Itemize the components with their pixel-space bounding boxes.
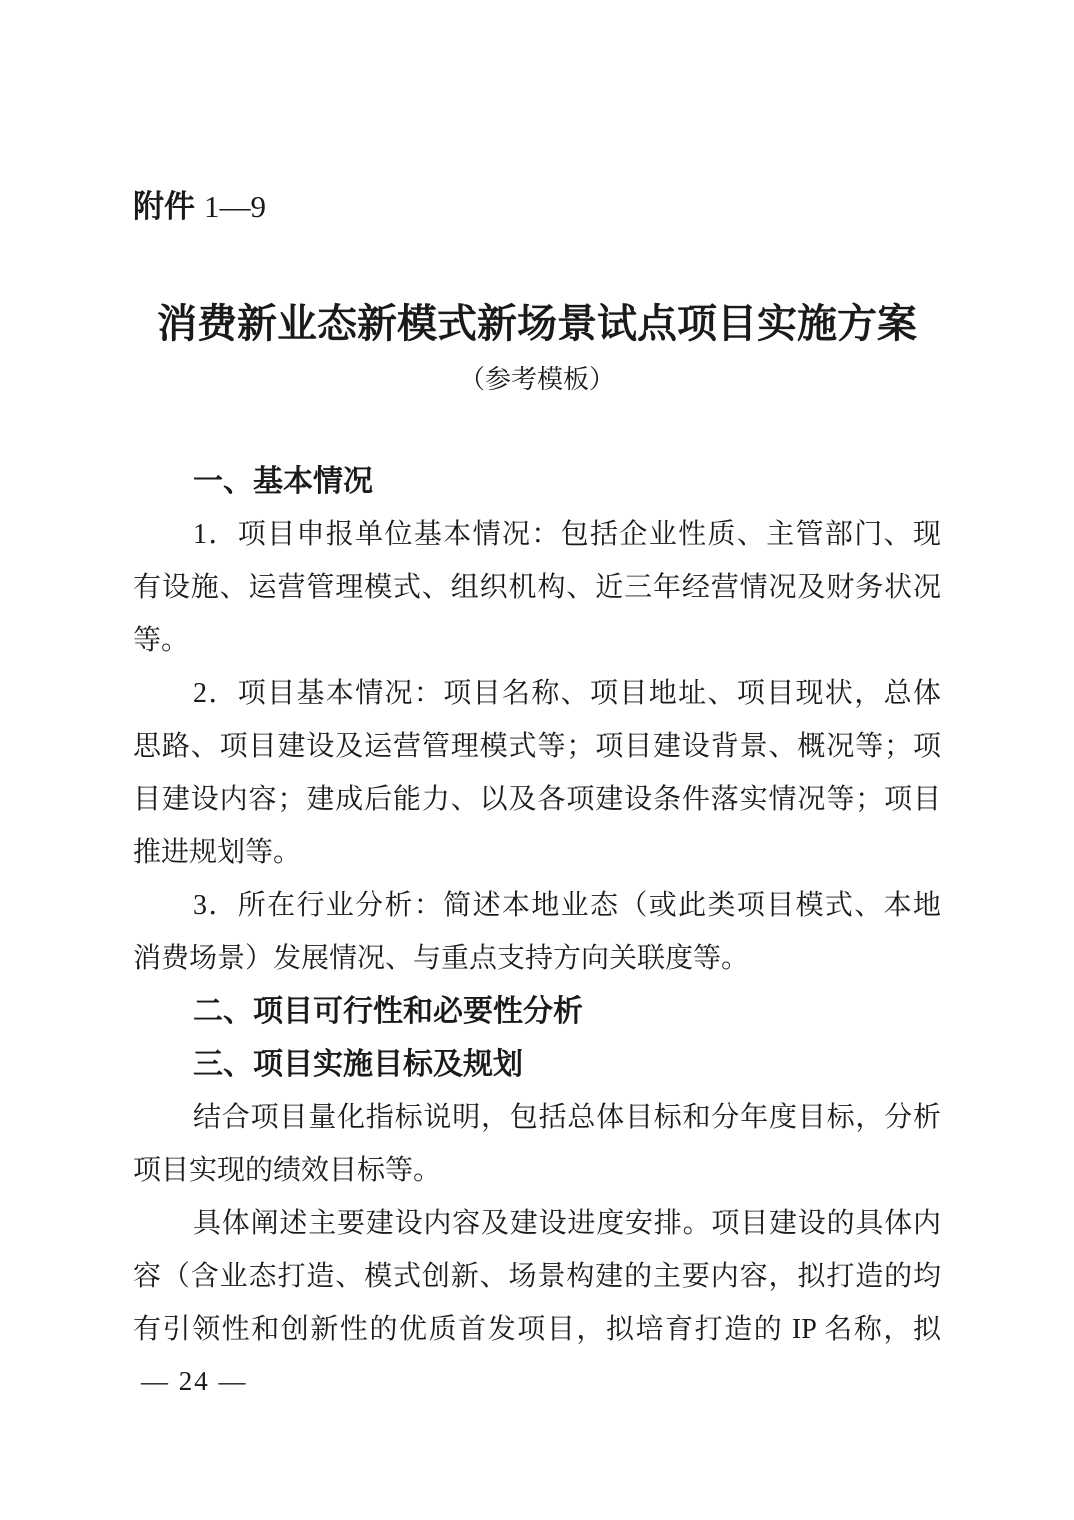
- paragraph-1-line-1: 1．项目申报单位基本情况：包括企业性质、主管部门、现: [133, 508, 941, 561]
- section-heading-2: 二、项目可行性和必要性分析: [133, 985, 941, 1038]
- paragraph-2-line-2: 思路、项目建设及运营管理模式等；项目建设背景、概况等；项: [133, 720, 941, 773]
- attachment-prefix: 附件: [133, 189, 195, 224]
- paragraph-1-line-2: 有设施、运营管理模式、组织机构、近三年经营情况及财务状况: [133, 561, 941, 614]
- paragraph-4-line-1: 结合项目量化指标说明，包括总体目标和分年度目标，分析: [133, 1091, 941, 1144]
- document-subtitle: （参考模板）: [133, 361, 941, 399]
- attachment-number: 1—9: [204, 189, 266, 224]
- paragraph-2-line-3: 目建设内容；建成后能力、以及各项建设条件落实情况等；项目: [133, 773, 941, 826]
- attachment-label: 附件1—9: [133, 188, 266, 226]
- paragraph-4-line-2: 项目实现的绩效目标等。: [133, 1144, 941, 1197]
- paragraph-2-line-4: 推进规划等。: [133, 826, 941, 879]
- page-number: — 24 —: [141, 1363, 248, 1399]
- document-body: 一、基本情况 1．项目申报单位基本情况：包括企业性质、主管部门、现 有设施、运营…: [133, 455, 941, 1356]
- paragraph-3-line-2: 消费场景）发展情况、与重点支持方向关联度等。: [133, 932, 941, 985]
- paragraph-1-line-3: 等。: [133, 614, 941, 667]
- paragraph-2-line-1: 2．项目基本情况：项目名称、项目地址、项目现状，总体: [133, 667, 941, 720]
- document-page: 附件1—9 消费新业态新模式新场景试点项目实施方案 （参考模板） 一、基本情况 …: [0, 0, 1074, 1520]
- paragraph-5-line-2: 容（含业态打造、模式创新、场景构建的主要内容，拟打造的均: [133, 1250, 941, 1303]
- paragraph-3-line-1: 3．所在行业分析：简述本地业态（或此类项目模式、本地: [133, 879, 941, 932]
- section-heading-3: 三、项目实施目标及规划: [133, 1038, 941, 1091]
- paragraph-5-line-1: 具体阐述主要建设内容及建设进度安排。项目建设的具体内: [133, 1197, 941, 1250]
- paragraph-5-line-3: 有引领性和创新性的优质首发项目，拟培育打造的 IP 名称，拟: [133, 1303, 941, 1356]
- document-title: 消费新业态新模式新场景试点项目实施方案: [133, 299, 941, 349]
- section-heading-1: 一、基本情况: [133, 455, 941, 508]
